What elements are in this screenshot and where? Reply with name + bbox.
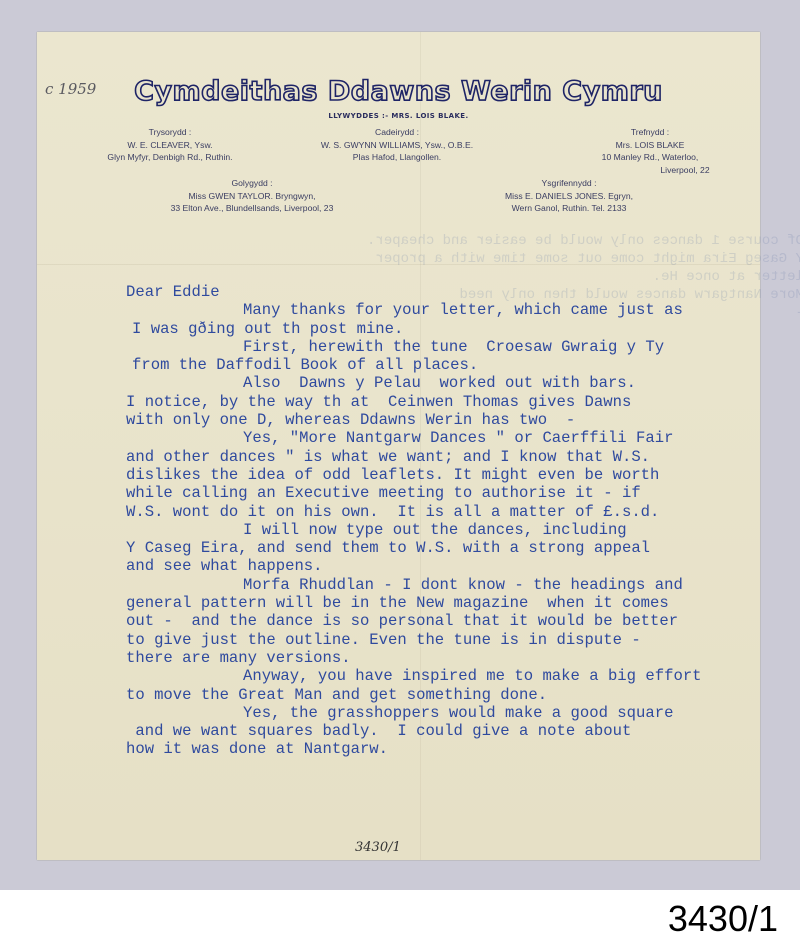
letter-line: Also Dawns y Pelau worked out with bars. xyxy=(126,374,766,392)
letter-line: W.S. wont do it on his own. It is all a … xyxy=(126,503,766,521)
letter-line: Many thanks for your letter, which came … xyxy=(126,301,766,319)
letter-line: First, herewith the tune Croesaw Gwraig … xyxy=(126,338,766,356)
letter-paper: c 1959 Cymdeithas Ddawns Werin Cymru LLY… xyxy=(37,32,760,860)
letter-line: with only one D, whereas Ddawns Werin ha… xyxy=(126,411,766,429)
officer-chairman: Cadeirydd : W. S. GWYNN WILLIAMS, Ysw., … xyxy=(292,126,502,164)
letter-line: out - and the dance is so personal that … xyxy=(126,612,766,630)
letter-line: I notice, by the way th at Ceinwen Thoma… xyxy=(126,393,766,411)
letter-lines: Many thanks for your letter, which came … xyxy=(126,301,766,758)
officer-treasurer: Trysorydd : W. E. CLEAVER, Ysw. Glyn Myf… xyxy=(85,126,255,164)
officer-role: Trysorydd : xyxy=(85,126,255,139)
officer-address: 10 Manley Rd., Waterloo, xyxy=(575,151,725,164)
officer-address-city: Liverpool, 22 xyxy=(575,164,725,177)
letter-line: how it was done at Nantgarw. xyxy=(126,740,766,758)
salutation: Dear Eddie xyxy=(126,283,766,301)
letter-line: and see what happens. xyxy=(126,557,766,575)
officer-address: Wern Ganol, Ruthin. Tel. 2133 xyxy=(474,202,664,215)
letter-line: I was gðing out th post mine. xyxy=(126,320,766,338)
officer-organiser: Trefnydd : Mrs. LOIS BLAKE 10 Manley Rd.… xyxy=(575,126,725,176)
handwritten-accession-number: 3430/1 xyxy=(355,840,401,855)
officer-name: Miss E. DANIELS JONES. Egryn, xyxy=(474,190,664,203)
officer-secretary: Ysgrifennydd : Miss E. DANIELS JONES. Eg… xyxy=(474,177,664,215)
letterhead-president: LLYWYDDES :- MRS. LOIS BLAKE. xyxy=(37,112,760,120)
letter-line: from the Daffodil Book of all places. xyxy=(126,356,766,374)
officer-name: Miss GWEN TAYLOR. Bryngwyn, xyxy=(152,190,352,203)
letter-line: general pattern will be in the New magaz… xyxy=(126,594,766,612)
officer-address: Plas Hafod, Llangollen. xyxy=(292,151,502,164)
letter-line: Yes, the grasshoppers would make a good … xyxy=(126,704,766,722)
letter-line: and other dances " is what we want; and … xyxy=(126,448,766,466)
letter-line: Y Caseg Eira, and send them to W.S. with… xyxy=(126,539,766,557)
letter-line: Anyway, you have inspired me to make a b… xyxy=(126,667,766,685)
letter-line: I will now type out the dances, includin… xyxy=(126,521,766,539)
officer-name: W. S. GWYNN WILLIAMS, Ysw., O.B.E. xyxy=(292,139,502,152)
officer-address: 33 Elton Ave., Blundellsands, Liverpool,… xyxy=(152,202,352,215)
letter-line: there are many versions. xyxy=(126,649,766,667)
officer-role: Ysgrifennydd : xyxy=(474,177,664,190)
officer-role: Trefnydd : xyxy=(575,126,725,139)
letter-line: and we want squares badly. I could give … xyxy=(126,722,766,740)
officer-role: Cadeirydd : xyxy=(292,126,502,139)
letter-body: Dear Eddie Many thanks for your letter, … xyxy=(126,283,766,759)
letter-line: while calling an Executive meeting to au… xyxy=(126,484,766,502)
officer-name: Mrs. LOIS BLAKE xyxy=(575,139,725,152)
letterhead-title: Cymdeithas Ddawns Werin Cymru xyxy=(37,76,760,107)
letter-line: to give just the outline. Even the tune … xyxy=(126,631,766,649)
letter-line: Yes, "More Nantgarw Dances " or Caerffil… xyxy=(126,429,766,447)
letter-line: dislikes the idea of odd leaflets. It mi… xyxy=(126,466,766,484)
letter-line: to move the Great Man and get something … xyxy=(126,686,766,704)
catalogue-caption: 3430/1 xyxy=(668,898,778,940)
officer-address: Glyn Myfyr, Denbigh Rd., Ruthin. xyxy=(85,151,255,164)
officer-role: Golygydd : xyxy=(152,177,352,190)
officer-editor: Golygydd : Miss GWEN TAYLOR. Bryngwyn, 3… xyxy=(152,177,352,215)
letter-line: Morfa Rhuddlan - I dont know - the headi… xyxy=(126,576,766,594)
officer-name: W. E. CLEAVER, Ysw. xyxy=(85,139,255,152)
